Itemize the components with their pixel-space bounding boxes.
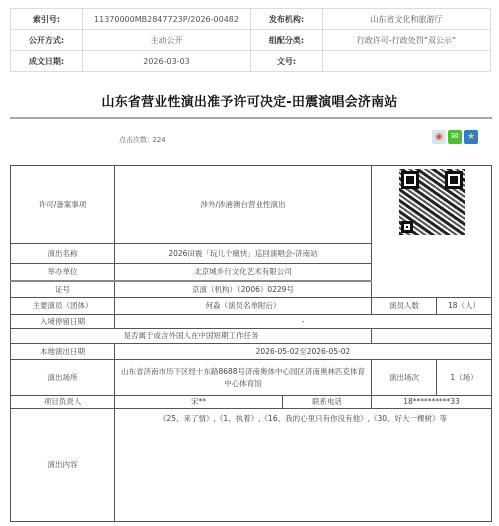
index-number-label: 索引号: — [11, 9, 83, 30]
disclosure-method-label: 公开方式: — [11, 30, 83, 51]
table-row: 项目负责人 宋** 联系电话 18**********33 — [11, 396, 492, 409]
title-divider — [10, 117, 492, 119]
permit-item-label: 许可/备案事项 — [11, 166, 115, 244]
page-title: 山东省营业性演出准予许可决定-田震演唱会济南站 — [0, 91, 499, 110]
content-value: 《25、来了情》,《1、执着》,《16、我的心里只有你没有他》,《30、好大一棵… — [115, 409, 492, 522]
table-row: 是否属于或含外国人在中国短期工作任务 — [11, 329, 492, 344]
local-date-value: 2026-05-02至2026-05-02 — [115, 344, 492, 360]
organizer-value: 北京城乡行文化艺术有限公司 — [115, 264, 372, 281]
publisher-label: 发布机构: — [251, 9, 323, 30]
wechat-icon[interactable]: ✉ — [448, 130, 462, 144]
entry-date-value: - — [115, 315, 492, 329]
performer-count-label: 演员人数 — [372, 298, 437, 315]
phone-label: 联系电话 — [283, 396, 372, 409]
table-row: 演出内容 《25、来了情》,《1、执着》,《16、我的心里只有你没有他》,《30… — [11, 409, 492, 522]
foreign-work-label: 是否属于或含外国人在中国短期工作任务 — [11, 329, 372, 344]
content-label: 演出内容 — [11, 409, 115, 522]
meta-row: 索引号: 11370000MB2847723P/2026-00482 发布机构:… — [11, 9, 491, 30]
meta-row: 公开方式: 主动公开 组配分类: 行政许可-行政处罚“双公示” — [11, 30, 491, 51]
show-name-value: 2026田震「玩儿个痛快」巡回演唱会-济南站 — [115, 244, 372, 264]
show-name-label: 演出名称 — [11, 244, 115, 264]
click-count: 点击次数:224 — [119, 135, 169, 145]
table-row: 演出场所 山东省济南市历下区经十东路8688号济南奥体中心园区济南奥林匹克体育中… — [11, 360, 492, 396]
issue-date-label: 成文日期: — [11, 51, 83, 72]
index-number-value: 11370000MB2847723P/2026-00482 — [83, 9, 251, 30]
document-number-value — [323, 51, 491, 72]
performers-label: 主要演员（团体） — [11, 298, 115, 315]
disclosure-method-value: 主动公开 — [83, 30, 251, 51]
organizer-label: 举办单位 — [11, 264, 115, 281]
license-label: 证号 — [11, 281, 115, 298]
entry-date-label: 入境停留日期 — [11, 315, 115, 329]
local-date-label: 本地演出日期 — [11, 344, 115, 360]
meta-row: 成文日期: 2026-03-03 文号: — [11, 51, 491, 72]
performer-count-value: 18（人） — [437, 298, 492, 315]
click-count-label: 点击次数: — [119, 136, 149, 144]
table-row: 许可/备案事项 涉外/涉港澳台营业性演出 — [11, 166, 492, 244]
performers-value: 何淼（演员名单附后） — [115, 298, 372, 315]
favorite-icon[interactable]: ★ — [464, 130, 478, 144]
issue-date-value: 2026-03-03 — [83, 51, 251, 72]
table-row: 入境停留日期 - — [11, 315, 492, 329]
foreign-work-value — [372, 329, 492, 344]
permit-detail-table: 许可/备案事项 涉外/涉港澳台营业性演出 演出名称 2026田震「玩儿个痛快」巡… — [10, 165, 492, 522]
category-value: 行政许可-行政处罚“双公示” — [323, 30, 491, 51]
sessions-value: 1（场） — [437, 360, 492, 396]
manager-value: 宋** — [115, 396, 283, 409]
table-row: 本地演出日期 2026-05-02至2026-05-02 — [11, 344, 492, 360]
license-value: 京演（机构）（2006）0229号 — [115, 281, 372, 298]
venue-label: 演出场所 — [11, 360, 115, 396]
click-count-value: 224 — [152, 136, 165, 144]
permit-item-value: 涉外/涉港澳台营业性演出 — [115, 166, 372, 244]
manager-label: 项目负责人 — [11, 396, 115, 409]
qr-code-image — [399, 169, 465, 235]
table-row: 主要演员（团体） 何淼（演员名单附后） 演员人数 18（人） — [11, 298, 492, 315]
document-meta-table: 索引号: 11370000MB2847723P/2026-00482 发布机构:… — [10, 8, 491, 72]
venue-value: 山东省济南市历下区经十东路8688号济南奥体中心园区济南奥林匹克体育中心体育馆 — [115, 360, 372, 396]
document-number-label: 文号: — [251, 51, 323, 72]
publisher-value: 山东省文化和旅游厅 — [323, 9, 491, 30]
qr-code-cell — [372, 166, 492, 298]
share-bar: ◉ ✉ ★ — [432, 130, 478, 144]
weibo-icon[interactable]: ◉ — [432, 130, 446, 144]
category-label: 组配分类: — [251, 30, 323, 51]
phone-value: 18**********33 — [372, 396, 492, 409]
sessions-label: 演出场次 — [372, 360, 437, 396]
